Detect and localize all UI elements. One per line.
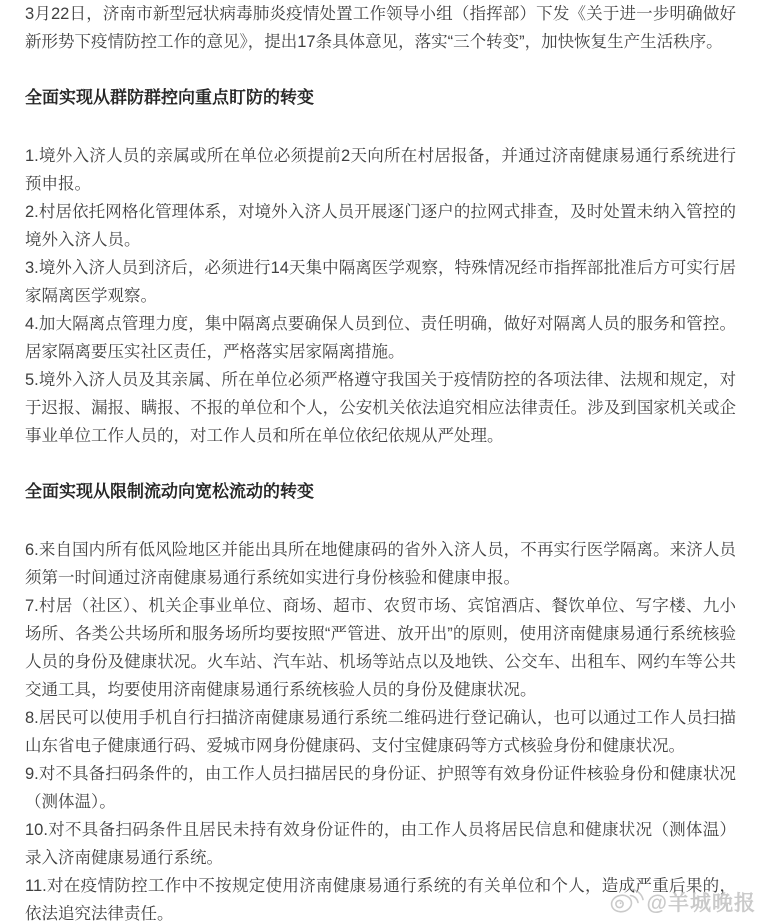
policy-item-4: 4.加大隔离点管理力度，集中隔离点要确保人员到位、责任明确，做好对隔离人员的服务… [25, 310, 736, 366]
watermark-handle: @羊城晚报 [647, 887, 756, 917]
policy-item-8: 8.居民可以使用手机自行扫描济南健康易通行系统二维码进行登记确认，也可以通过工作… [25, 704, 736, 760]
weibo-logo-icon [608, 883, 644, 915]
policy-item-1: 1.境外入济人员的亲属或所在单位必须提前2天向所在村居报备，并通过济南健康易通行… [25, 142, 736, 198]
policy-item-5: 5.境外入济人员及其亲属、所在单位必须严格遵守我国关于疫情防控的各项法律、法规和… [25, 366, 736, 450]
section-heading-key-surveillance: 全面实现从群防群控向重点盯防的转变 [25, 84, 736, 112]
policy-item-9: 9.对不具备扫码条件的，由工作人员扫描居民的身份证、护照等有效身份证件核验身份和… [25, 760, 736, 816]
policy-item-6: 6.来自国内所有低风险地区并能出具所在地健康码的省外入济人员，不再实行医学隔离。… [25, 536, 736, 592]
section-heading-relaxed-movement: 全面实现从限制流动向宽松流动的转变 [25, 478, 736, 506]
article-body: 3月22日，济南市新型冠状病毒肺炎疫情处置工作领导小组（指挥部）下发《关于进一步… [0, 0, 761, 924]
intro-paragraph: 3月22日，济南市新型冠状病毒肺炎疫情处置工作领导小组（指挥部）下发《关于进一步… [25, 0, 736, 56]
policy-item-3: 3.境外入济人员到济后，必须进行14天集中隔离医学观察，特殊情况经市指挥部批准后… [25, 254, 736, 310]
policy-item-7: 7.村居（社区）、机关企事业单位、商场、超市、农贸市场、宾馆酒店、餐饮单位、写字… [25, 592, 736, 704]
watermark: @羊城晚报 [608, 887, 756, 917]
policy-item-2: 2.村居依托网格化管理体系，对境外入济人员开展逐门逐户的拉网式排查，及时处置未纳… [25, 198, 736, 254]
policy-item-10: 10.对不具备扫码条件且居民未持有效身份证件的，由工作人员将居民信息和健康状况（… [25, 816, 736, 872]
